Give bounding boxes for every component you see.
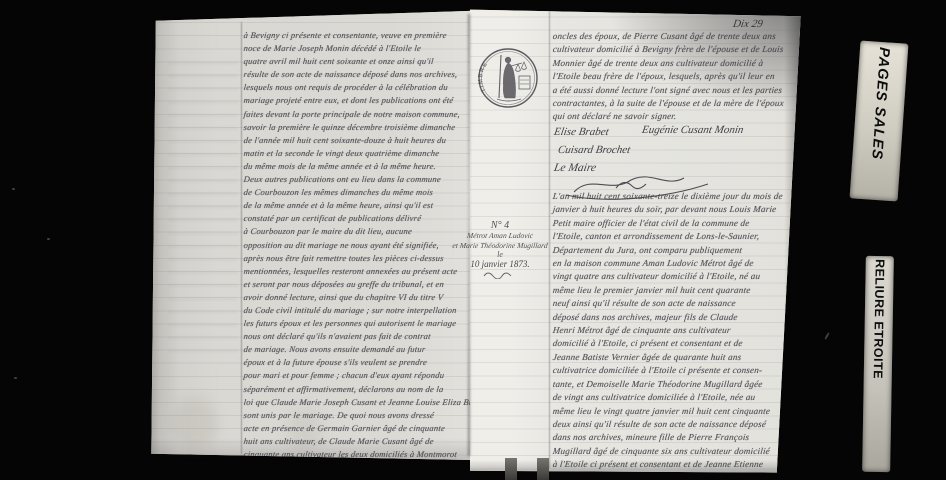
dust-speck: [14, 377, 17, 379]
handwritten-line: Jeanne Batiste Vernier âgée de quarante …: [552, 351, 783, 364]
handwritten-line: de mariage. Nous avons ensuite demandé a…: [243, 343, 494, 356]
handwritten-line: résulte de son acte de naissance déposé …: [243, 68, 494, 81]
act-number: N° 4: [452, 220, 548, 231]
signature-elise-brabet: Elise Brabet: [553, 126, 610, 138]
handwritten-line: neuf ainsi qu'il résulte de son acte de …: [552, 297, 783, 310]
handwritten-line: Petit maire officier de l'état civil de …: [552, 217, 783, 230]
ink-bleedthrough: [168, 62, 238, 362]
handwritten-line: L'an mil huit cent soixante-treize le di…: [552, 190, 783, 203]
handwritten-line: sont unis par le mariage. De quoi nous a…: [243, 409, 494, 422]
handwritten-line: Département du Jura, ont comparu publiqu…: [552, 244, 783, 257]
handwritten-line: vingt quatre ans cultivateur domicilié à…: [552, 270, 783, 283]
handwritten-line: à l'Etoile ci présent et consentant et d…: [552, 458, 783, 471]
handwritten-line: même lieu le premier janvier mil huit ce…: [552, 284, 783, 297]
right-page-paragraph-2: L'an mil huit cent soixante-treize le di…: [552, 190, 782, 472]
smudge-mark: [288, 408, 322, 452]
handwritten-line: mariage projeté entre eux, et dont les p…: [243, 94, 494, 107]
right-page-paragraph-1: oncles des époux, de Pierre Cusant âgé d…: [552, 30, 783, 124]
handwritten-line: matin et la seconde le vingt deux quatri…: [243, 147, 494, 160]
dust-speck: [12, 188, 15, 190]
left-page-margin-rule: [241, 22, 242, 454]
handwritten-line: époux et à la future épouse s'ils veulen…: [243, 356, 494, 369]
handwritten-line: huit ans cultivateur, de Claude Marie Cu…: [243, 435, 494, 448]
handwritten-line: dans nos archives, mineure fille de Pier…: [552, 431, 783, 444]
handwritten-line: nous ont déclaré qu'ils n'avaient pas fa…: [243, 330, 494, 343]
smudge-mark: [172, 398, 218, 450]
handwritten-line: quatre avril mil huit cent soixante et o…: [243, 55, 494, 68]
handwritten-line: avoir donné lecture, ainsi que du chapit…: [243, 291, 494, 304]
handwritten-line: même lieu le vingt quatre janvier mil hu…: [552, 405, 783, 418]
act-date: 10 janvier 1873.: [452, 259, 548, 269]
handwritten-line: deux ainsi qu'il résulte de son acte de …: [552, 418, 783, 431]
handwritten-line: Henri Métrot âgé de cinquante ans cultiv…: [552, 324, 783, 337]
binding-stub: [537, 458, 549, 480]
handwritten-line: en la maison commune Aman Ludovic Métrot…: [552, 257, 783, 270]
handwritten-line: domicilié à l'Etoile, ci présent et cons…: [552, 337, 783, 350]
handwritten-line: pour mari et pour femme ; chacun d'eux a…: [243, 369, 494, 382]
handwritten-line: lesquels nous ont requis de procéder à l…: [243, 81, 494, 94]
handwritten-line: qui ont déclaré ne savoir signer.: [552, 110, 785, 123]
reliure-etroite-label-text: RELIURE ETROITE: [871, 256, 887, 379]
handwritten-line: de vingt ans cultivatrice domiciliée à l…: [552, 391, 783, 404]
handwritten-line: Deux autres publications ont eu lieu dan…: [243, 173, 494, 186]
handwritten-line: l'Etoile, canton et arrondissement de Lo…: [552, 230, 783, 243]
handwritten-line: oncles des époux, de Pierre Cusant âgé d…: [552, 30, 785, 43]
handwritten-line: et seront par nous déposées au greffe du…: [243, 278, 494, 291]
handwritten-line: tante, et Demoiselle Marie Théodorine Mu…: [552, 378, 783, 391]
right-page-margin-rule: [549, 10, 550, 468]
handwritten-line: noce de Marie Joseph Monin décédé à l'Et…: [243, 42, 494, 55]
handwritten-line: janvier à huit heures du soir, par devan…: [552, 203, 783, 216]
dust-speck: [47, 238, 50, 240]
flourish-squiggle: [482, 271, 518, 279]
handwritten-line: contractantes, à la suite de l'épouse et…: [552, 97, 785, 110]
pages-sales-label: PAGES SALES: [850, 41, 909, 202]
handwritten-line: savoir la première le quinze décembre tr…: [243, 121, 494, 134]
handwritten-line: a été aussi donné lecture l'ont signé av…: [552, 84, 785, 97]
act-le: le: [452, 250, 548, 259]
handwritten-line: de l'année mil huit cent soixante-douze …: [243, 134, 494, 147]
handwritten-line: de Courbouzon les mêmes dimanches du mêm…: [243, 186, 494, 199]
handwritten-line: cultivatrice domiciliée à l'Etoile ci pr…: [552, 364, 783, 377]
handwritten-line: l'Etoile beau frère de l'époux, lesquels…: [552, 70, 785, 83]
act-names-line2: et Marie Théodorine Mugillard: [452, 241, 549, 251]
handwritten-line: du même mois de la même année et à la mê…: [243, 160, 494, 173]
handwritten-line: Mugillard âgé de cinquante six ans culti…: [552, 445, 783, 458]
signature-cusant-monin: Eugénie Cusant Monin: [641, 124, 745, 136]
signature-cuisard-brochet: Cuisard Brochet: [557, 144, 631, 156]
scratch-mark: [824, 332, 830, 340]
handwritten-line: cultivateur domicilié à Bevigny frère de…: [552, 43, 785, 56]
handwritten-line: à Bevigny ci présente et consentante, ve…: [243, 29, 494, 42]
binding-stub: [505, 458, 517, 480]
handwritten-line: du Code civil intitulé du mariage ; sur …: [243, 304, 494, 317]
act-margin-note: N° 4 Métrot Aman Ludovic et Marie Théodo…: [452, 220, 548, 279]
timbre-stamp-icon: TIMBRE: [477, 46, 541, 112]
handwritten-line: Monnier âgé de trente deux ans cultivate…: [552, 57, 785, 70]
handwritten-line: déposé dans nos archives, majeur fils de…: [552, 311, 783, 324]
scanned-register-spread: à Bevigny ci présente et consentante, ve…: [0, 0, 946, 480]
act-names-line1: Métrot Aman Ludovic: [452, 231, 549, 241]
folio-number: Dix 29: [732, 18, 764, 30]
handwritten-line: acte en présence de Germain Garnier âgé …: [243, 422, 494, 435]
pages-sales-label-text: PAGES SALES: [868, 42, 892, 161]
handwritten-line: loi que Claude Marie Joseph Cusant et Je…: [243, 396, 494, 409]
handwritten-line: de la même année et à la même heure, ain…: [243, 199, 494, 212]
handwritten-line: faites devant la porte principale de not…: [243, 108, 494, 121]
handwritten-line: les futurs époux et les personnes qui au…: [243, 317, 494, 330]
reliure-etroite-label: RELIURE ETROITE: [862, 256, 894, 472]
handwritten-line: cinquante ans cultivateur les deux domic…: [243, 448, 494, 461]
handwritten-line: séparément et affirmativement, déclarons…: [243, 383, 494, 396]
